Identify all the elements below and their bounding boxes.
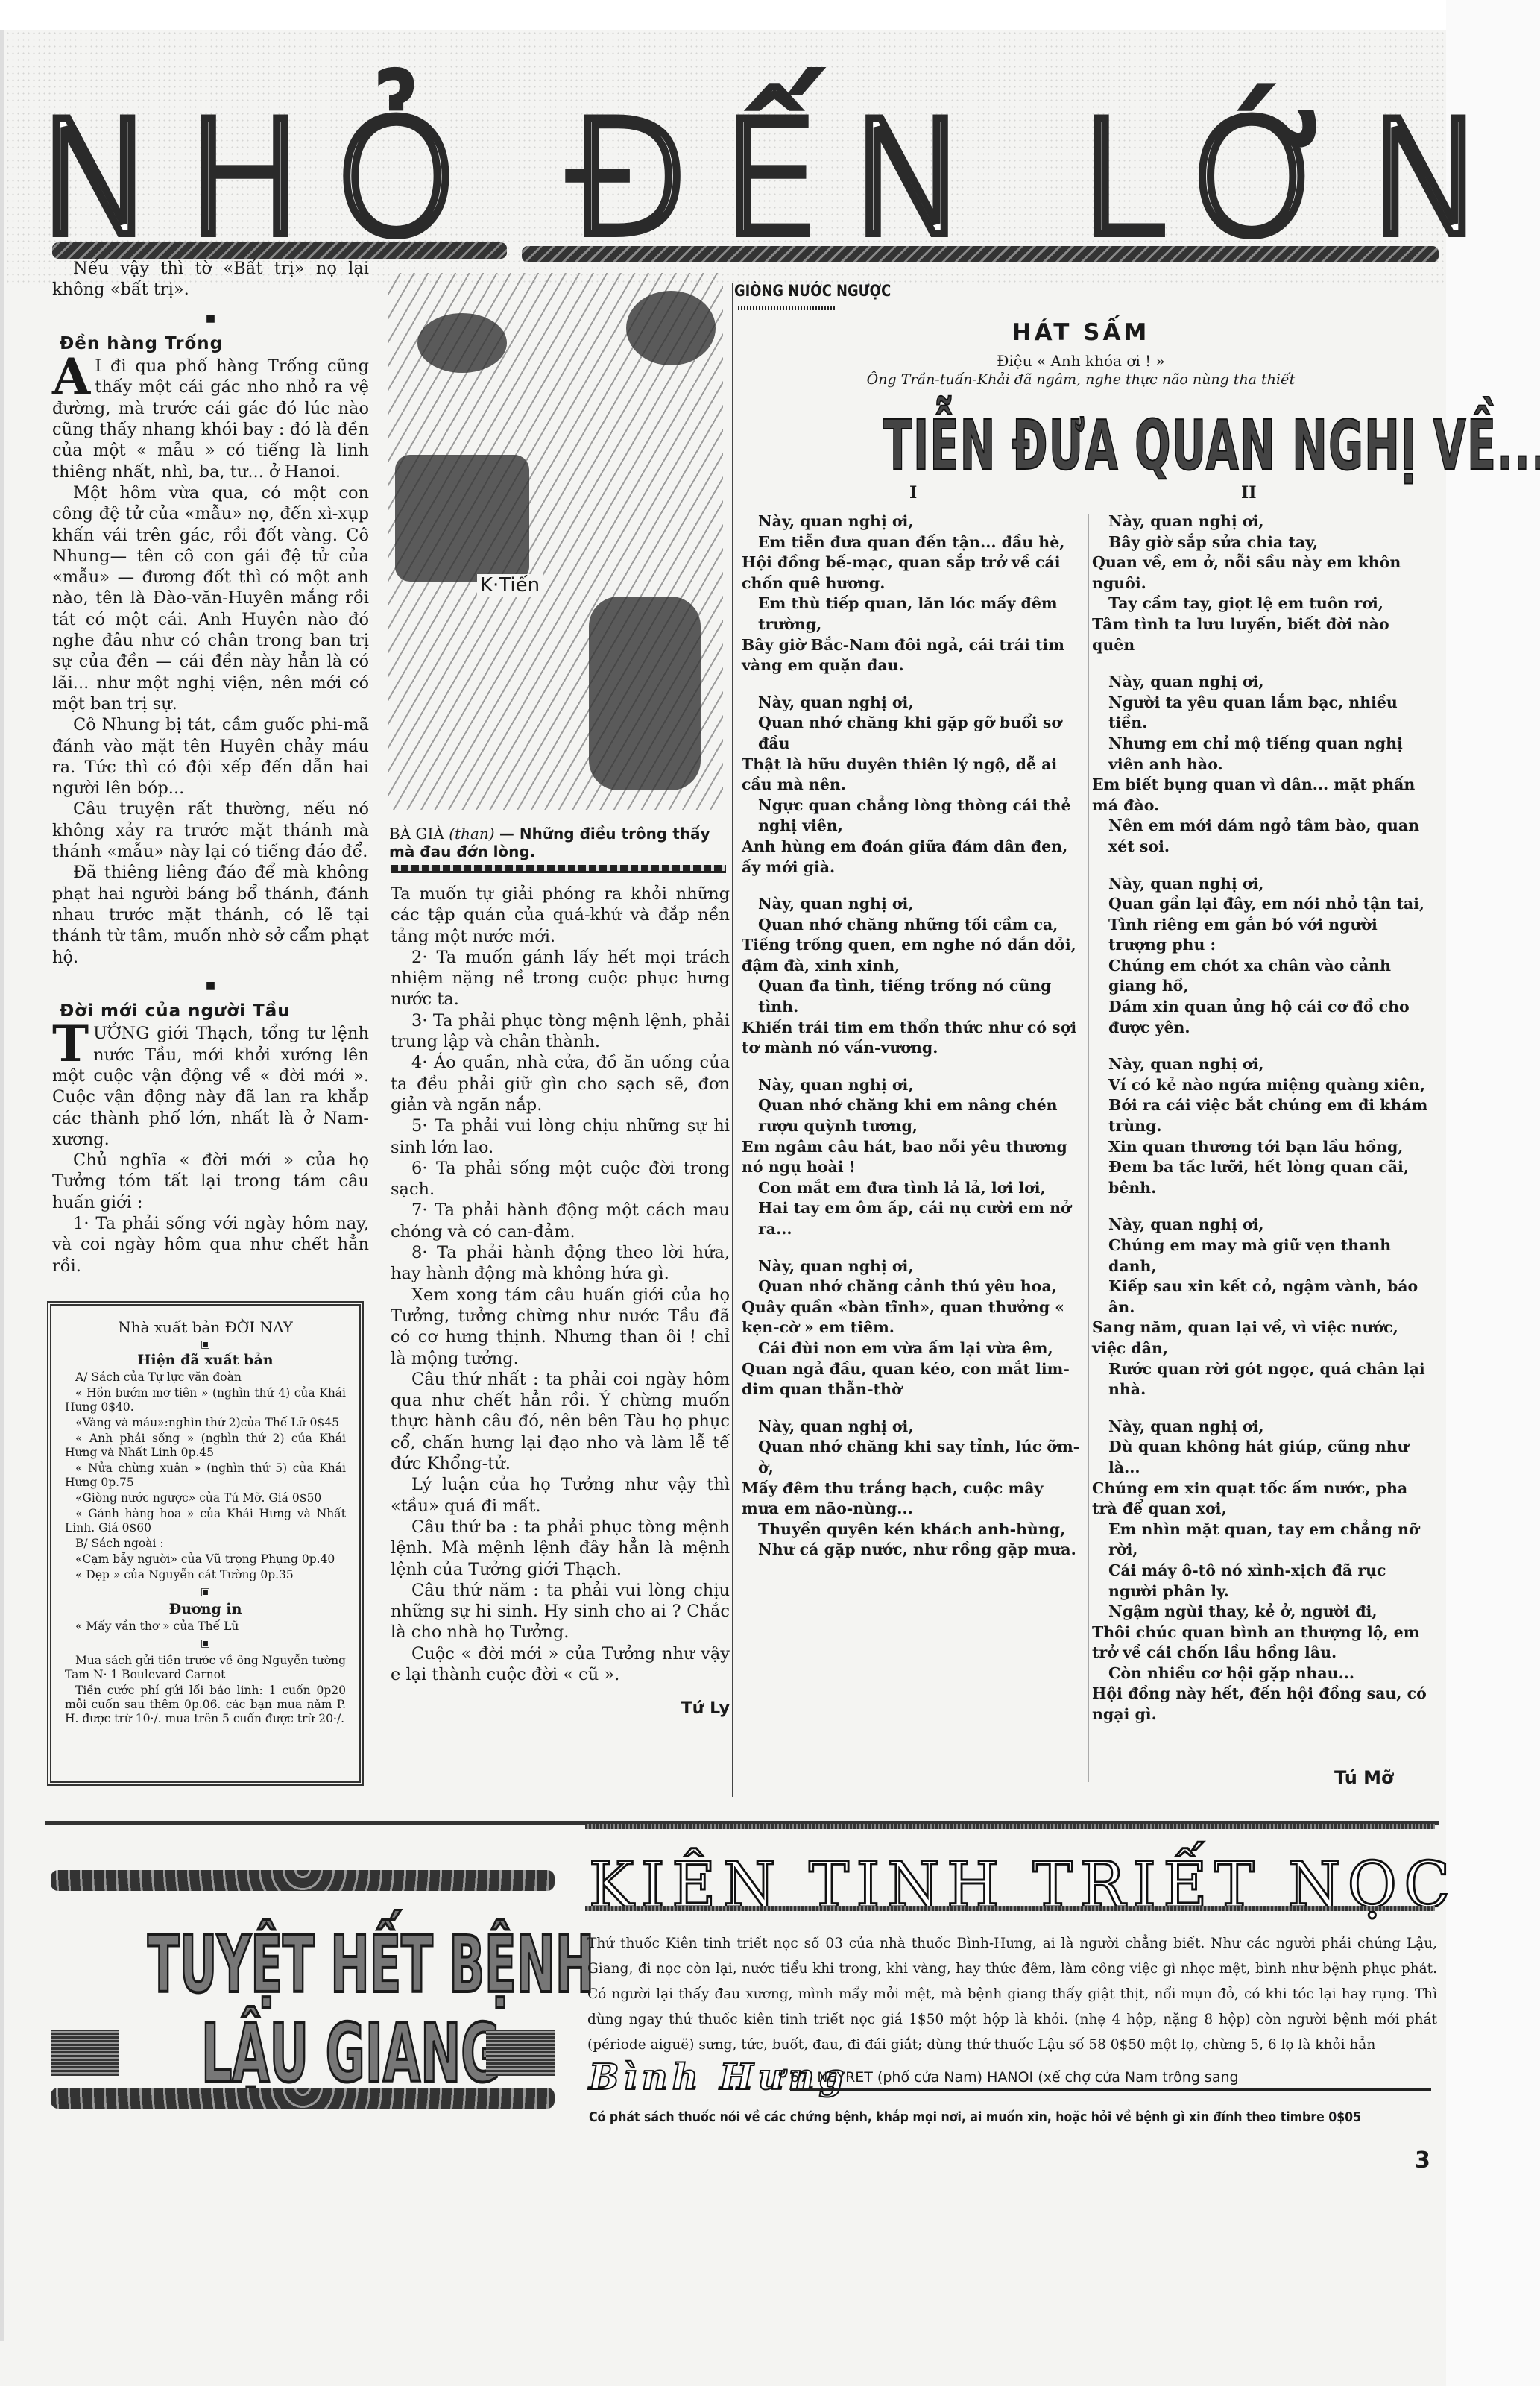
poem-part-i: Này, quan nghị ơi,Em tiễn đưa quan đến t… [742,511,1085,1577]
stanza: Này, quan nghị ơi,Quan nhớ chăng khi say… [742,1417,1085,1561]
section-heading-den-hang-trong: Đền hàng Trống [60,333,369,354]
tree-icon [626,291,716,365]
article-paragraph: 1· Ta phải sống với ngày hôm nay, và coi… [52,1213,369,1277]
stanza: Này, quan nghị ơi,Quan nhớ chăng những t… [742,894,1085,1059]
fee-note: Tiền cước phí gửi lối bảo linh: 1 cuốn 0… [65,1684,346,1726]
article-paragraph: Câu thứ ba : ta phải phục tòng mệnh lệnh… [391,1517,730,1580]
ornament-icon: ■ [52,308,369,329]
book-item: « Nửa chừng xuân » (nghìn thứ 5) của Khá… [65,1461,346,1490]
ad-divider [578,1827,578,2140]
article-paragraph: 6· Ta phải sống một cuộc đời trong sạch. [391,1158,730,1200]
article-paragraph: Lý luận của họ Tưởng như vậy thì «tầu» q… [391,1474,730,1517]
article-paragraph: 4· Áo quần, nhà cửa, đồ ăn uống của ta đ… [391,1052,730,1115]
book-item: « Hồn bướm mơ tiên » (nghìn thứ 4) của K… [65,1386,346,1414]
bush-icon [395,455,529,582]
stanza: Này, quan nghị ơi,Ví có kẻ nào ngứa miện… [1092,1054,1435,1198]
ad-footer-note: Có phát sách thuốc nói về các chứng bệnh… [589,2110,1354,2125]
order-note: Mua sách gửi tiền trước về ông Nguyễn tư… [65,1654,346,1682]
ad-body-text: Thứ thuốc Kiên tinh triết nọc số 03 của … [587,1931,1437,2058]
stanza: Này, quan nghị ơi,Bây giờ sắp sửa chia t… [1092,511,1435,655]
article-paragraph: 2· Ta muốn gánh lấy hết mọi trách nhiệm … [391,947,730,1010]
stanza: Này, quan nghị ơi,Chúng em may mà giữ vẹ… [1092,1215,1435,1400]
article-paragraph: 8· Ta phải hành động theo lời hứa, hay h… [391,1242,730,1285]
stanza: Này, quan nghị ơi,Dù quan không hát giúp… [1092,1417,1435,1725]
ad-decorative-bars-left [51,2030,119,2076]
article-paragraph: AI đi qua phố hàng Trống cũng thấy một c… [52,356,369,482]
masthead-title: NHỎ ĐẾN LỚN [37,104,1439,254]
part-ii-label: II [1241,483,1257,503]
section-heading-doi-moi: Đời mới của người Tầu [60,1001,369,1022]
article-paragraph: Một hôm vừa qua, có một con công đệ tử c… [52,482,369,714]
book-item: « Anh phải sống » (nghìn thứ 2) của Khái… [65,1432,346,1460]
cartoon-caption: BÀ GIÀ (than) — Những điều trông thấy mà… [389,825,725,860]
poem-tune: Điệu « Anh khóa ơi ! » [894,352,1267,370]
ad-wave-border-bottom [51,2088,555,2109]
ornament-icon: ▣ [65,1637,346,1651]
book-item: «Giòng nước ngược» của Tú Mỡ. Giá 0$50 [65,1491,346,1505]
figure-icon [589,596,701,790]
column-header-rule [738,306,835,310]
ad-decorative-bars-right [486,2030,555,2076]
printing-item: « Mấy vần thơ » của Thế Lữ [65,1619,346,1634]
article-paragraph: Ta muốn tự giải phóng ra khỏi những các … [391,884,730,947]
stanza: Này, quan nghị ơi,Quan nhớ chăng khi em … [742,1075,1085,1240]
article-paragraph: 3· Ta phải phục tòng mệnh lệnh, phải tru… [391,1010,730,1053]
page-right-margin [1446,0,1540,2386]
article-paragraph: Cuộc « đời mới » của Tưởng như vậy e lại… [391,1643,730,1686]
poem-author: Tú Mỡ [1334,1767,1394,1788]
page-number: 3 [1415,2147,1430,2173]
tree-icon [417,313,507,373]
ad-title-rule-top [585,1824,1435,1829]
section-b-label: B/ Sách ngoài : [65,1537,346,1551]
book-item: « Gánh hàng hoa » của Khái Hưng và Nhất … [65,1507,346,1535]
printing-heading: Đương in [65,1602,346,1617]
article-author: Tứ Ly [391,1699,730,1719]
article-paragraph: Đã thiêng liêng đáo để mà không phạt hai… [52,862,369,967]
poem-note: Ông Trần-tuấn-Khải đã ngâm, nghe thực nã… [783,371,1379,388]
publisher-ad-box: Nhà xuất bản ĐỜI NAY ▣ Hiện đã xuất bản … [47,1301,364,1786]
ornament-icon: ■ [52,975,369,996]
poem-title: TIỄN ĐƯA QUAN NGHỊ VỀ... QUÊ [883,409,1308,483]
article-paragraph: 7· Ta phải hành động một cách mau chóng … [391,1200,730,1242]
book-item: «Cạm bẫy người» của Vũ trọng Phụng 0p.40 [65,1552,346,1567]
article-paragraph: Câu thứ năm : ta phải vui lòng chịu nhữn… [391,1580,730,1643]
masthead-wave-rule-right [522,246,1439,262]
ad-wave-border-top [51,1870,555,1891]
article-paragraph: Cô Nhung bị tát, cầm guốc phi-mã đánh và… [52,714,369,799]
book-item: « Dẹp » của Nguyễn cát Tường 0p.35 [65,1568,346,1582]
poem-divider [1088,514,1089,1782]
section-a-label: A/ Sách của Tự lực văn đoàn [65,1370,346,1385]
poem-kicker: HÁT SẤM [894,319,1267,346]
middle-column: Ta muốn tự giải phóng ra khỏi những các … [391,884,730,1720]
masthead-wave-rule-left [52,242,507,259]
article-paragraph: 5· Ta phải vui lòng chịu những sự hi sin… [391,1115,730,1158]
ornamental-rule [391,865,726,873]
dropcap: A [52,356,90,397]
article-paragraph: Câu truyện rất thường, nếu nó không xảy … [52,799,369,862]
ad-title-rule-bottom [585,1906,1435,1911]
left-column: Nếu vậy thì tờ «Bất trị» nọ lại không «b… [52,258,369,1277]
ornament-icon: ▣ [65,1338,346,1352]
book-item: «Vàng và máu»:nghìn thứ 2)của Thế Lữ 0$4… [65,1416,346,1430]
stanza: Này, quan nghị ơi,Quan gần lại đây, em n… [1092,874,1435,1039]
published-heading: Hiện đã xuất bản [65,1353,346,1367]
artist-signature: K·Tiến [477,574,543,596]
stanza: Này, quan nghị ơi,Em tiễn đưa quan đến t… [742,511,1085,676]
intro-text: Nếu vậy thì tờ «Bất trị» nọ lại không «b… [52,258,369,300]
article-paragraph: Xem xong tám câu huấn giới của họ Tưởng,… [391,1285,730,1369]
ad-headline-line1: TUYỆT HẾT BỆNH [148,1924,456,2006]
dropcap: T [52,1023,89,1065]
poem-part-ii: Này, quan nghị ơi,Bây giờ sắp sửa chia t… [1092,511,1435,1742]
part-i-label: I [909,483,917,503]
column-header: GIÒNG NƯỚC NGƯỢC [734,282,891,300]
stanza: Này, quan nghị ơi,Người ta yêu quan lắm … [1092,672,1435,857]
page-left-edge [0,30,4,2341]
newspaper-page: NHỎ ĐẾN LỚN Nếu vậy thì tờ «Bất trị» nọ … [0,0,1540,2386]
page-top-margin [0,0,1540,30]
ornament-icon: ▣ [65,1585,346,1599]
article-paragraph: TƯỞNG giới Thạch, tổng tư lệnh nước Tầu,… [52,1023,369,1150]
ad-address: 67, NEYRET (phố cửa Nam) HANOI (xế chợ c… [790,2069,1431,2091]
ad-headline-line2: LẬU GIANG [201,2013,403,2095]
article-paragraph: Chủ nghĩa « đời mới » của họ Tưởng tóm t… [52,1150,369,1213]
stanza: Này, quan nghị ơi,Quan nhớ chăng khi gặp… [742,693,1085,878]
column-divider [732,283,733,1797]
article-paragraph: Câu thứ nhất : ta phải coi ngày hôm qua … [391,1369,730,1474]
stanza: Này, quan nghị ơi,Quan nhớ chăng cảnh th… [742,1256,1085,1400]
publisher-title: Nhà xuất bản ĐỜI NAY [65,1321,346,1335]
